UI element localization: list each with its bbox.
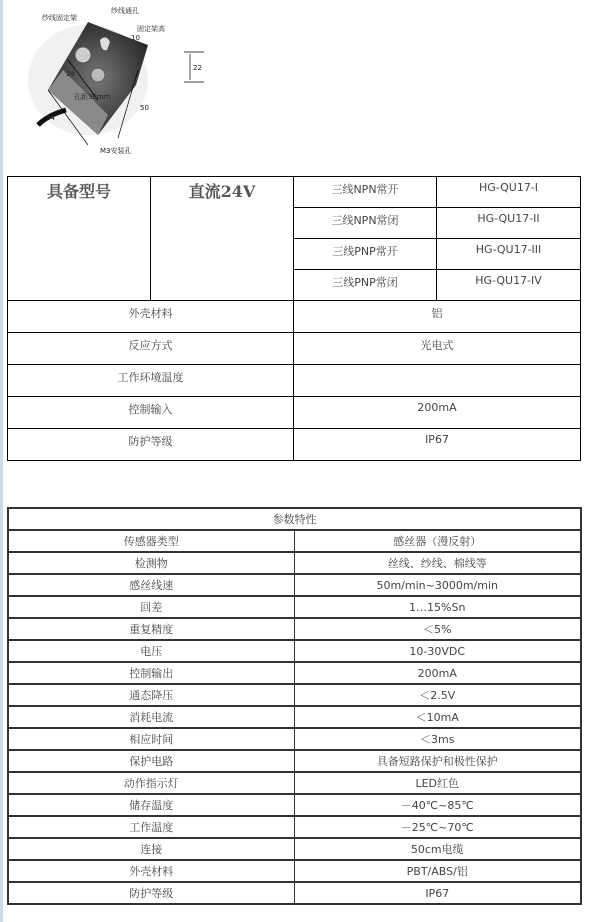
spec-value: 光电式 [294, 333, 581, 365]
table-row: 工作温度－25℃~70℃ [8, 816, 581, 838]
spec-label: 防护等级 [8, 429, 294, 461]
param-label: 控制输出 [8, 662, 294, 684]
param-value: 10-30VDC [294, 640, 581, 662]
label-dim-22: 22 [193, 64, 202, 72]
model-code: HG-QU17-I [437, 177, 581, 208]
label-holder-height: 固定架高 [137, 24, 165, 33]
model-code: HG-QU17-II [437, 208, 581, 239]
param-label: 外壳材料 [8, 860, 294, 882]
spec-label: 反应方式 [8, 333, 294, 365]
table-row: 动作指示灯LED红色 [8, 772, 581, 794]
param-label: 工作温度 [8, 816, 294, 838]
model-label: 具备型号 [8, 177, 151, 301]
param-label: 储存温度 [8, 794, 294, 816]
model-type: 三线PNP常开 [294, 239, 437, 270]
label-dim-10: 10 [131, 34, 140, 42]
table-row: 通态降压＜2.5V [8, 684, 581, 706]
param-label: 感丝线速 [8, 574, 294, 596]
spec-value: 200mA [294, 397, 581, 429]
table-row: 外壳材料PBT/ABS/铝 [8, 860, 581, 882]
table-row: 相应时间＜3ms [8, 728, 581, 750]
label-dim-50: 50 [140, 104, 149, 112]
model-type: 三线NPN常闭 [294, 208, 437, 239]
spec-value: 铝 [294, 301, 581, 333]
label-yarn-holder: 纱线固定架 [42, 13, 77, 22]
param-label: 防护等级 [8, 882, 294, 904]
table-row: 防护等级 IP67 [8, 429, 581, 461]
param-value: 50m/min~3000m/min [294, 574, 581, 596]
table-row: 检测物丝线、纱线、棉线等 [8, 552, 581, 574]
table-row: 外壳材料 铝 [8, 301, 581, 333]
param-value: －40℃~85℃ [294, 794, 581, 816]
table-row: 感丝线速50m/min~3000m/min [8, 574, 581, 596]
table-row: 防护等级IP67 [8, 882, 581, 904]
table-row: 控制输出200mA [8, 662, 581, 684]
table-row: 反应方式 光电式 [8, 333, 581, 365]
model-type: 三线NPN常开 [294, 177, 437, 208]
param-label: 检测物 [8, 552, 294, 574]
table-row: 重复精度＜5% [8, 618, 581, 640]
param-label: 消耗电流 [8, 706, 294, 728]
table-row: 消耗电流＜10mA [8, 706, 581, 728]
param-value: ＜2.5V [294, 684, 581, 706]
model-spec-table: 具备型号 直流24V 三线NPN常开 HG-QU17-I 三线NPN常闭 HG-… [7, 176, 581, 461]
param-value: ＜10mA [294, 706, 581, 728]
param-value: 丝线、纱线、棉线等 [294, 552, 581, 574]
param-value: LED红色 [294, 772, 581, 794]
model-code: HG-QU17-IV [437, 270, 581, 301]
label-mount-hole: M3安装孔 [100, 146, 132, 155]
table-row: 控制输入 200mA [8, 397, 581, 429]
param-label: 重复精度 [8, 618, 294, 640]
parameter-table-title: 参数特性 [8, 508, 581, 530]
param-value: IP67 [294, 882, 581, 904]
supply-voltage: 直流24V [151, 177, 294, 301]
model-code: HG-QU17-III [437, 239, 581, 270]
label-dim-44: 44 [46, 114, 55, 122]
param-value: ＜3ms [294, 728, 581, 750]
param-value: 1…15%Sn [294, 596, 581, 618]
spec-label: 外壳材料 [8, 301, 294, 333]
table-row: 工作环境温度 [8, 365, 581, 397]
param-label: 相应时间 [8, 728, 294, 750]
model-type: 三线PNP常闭 [294, 270, 437, 301]
table-row: 传感器类型感丝器（漫反射） [8, 530, 581, 552]
param-label: 电压 [8, 640, 294, 662]
param-value: －25℃~70℃ [294, 816, 581, 838]
label-dim-24: 24 [66, 70, 75, 78]
table-row: 电压10-30VDC [8, 640, 581, 662]
table-row: 回差1…15%Sn [8, 596, 581, 618]
param-label: 通态降压 [8, 684, 294, 706]
spec-value: IP67 [294, 429, 581, 461]
param-label: 回差 [8, 596, 294, 618]
param-value: 50cm电缆 [294, 838, 581, 860]
left-border-stripe [0, 0, 3, 922]
param-label: 传感器类型 [8, 530, 294, 552]
product-dimension-photo: 纱线固定架 纱线通孔 固定架高 10 22 24 孔距36mm 50 44 M3… [8, 0, 218, 160]
spec-label: 控制输入 [8, 397, 294, 429]
parameter-table: 参数特性 传感器类型感丝器（漫反射） 检测物丝线、纱线、棉线等 感丝线速50m/… [7, 507, 582, 905]
param-label: 保护电路 [8, 750, 294, 772]
table-row: 储存温度－40℃~85℃ [8, 794, 581, 816]
label-hole-distance: 孔距36mm [74, 92, 111, 101]
param-value: 具备短路保护和极性保护 [294, 750, 581, 772]
param-value: 200mA [294, 662, 581, 684]
param-value: ＜5% [294, 618, 581, 640]
table-row: 保护电路具备短路保护和极性保护 [8, 750, 581, 772]
label-yarn-hole: 纱线通孔 [111, 6, 139, 15]
param-label: 连接 [8, 838, 294, 860]
spec-label: 工作环境温度 [8, 365, 294, 397]
spec-value [294, 365, 581, 397]
table-row: 连接50cm电缆 [8, 838, 581, 860]
param-value: PBT/ABS/铝 [294, 860, 581, 882]
param-value: 感丝器（漫反射） [294, 530, 581, 552]
param-label: 动作指示灯 [8, 772, 294, 794]
